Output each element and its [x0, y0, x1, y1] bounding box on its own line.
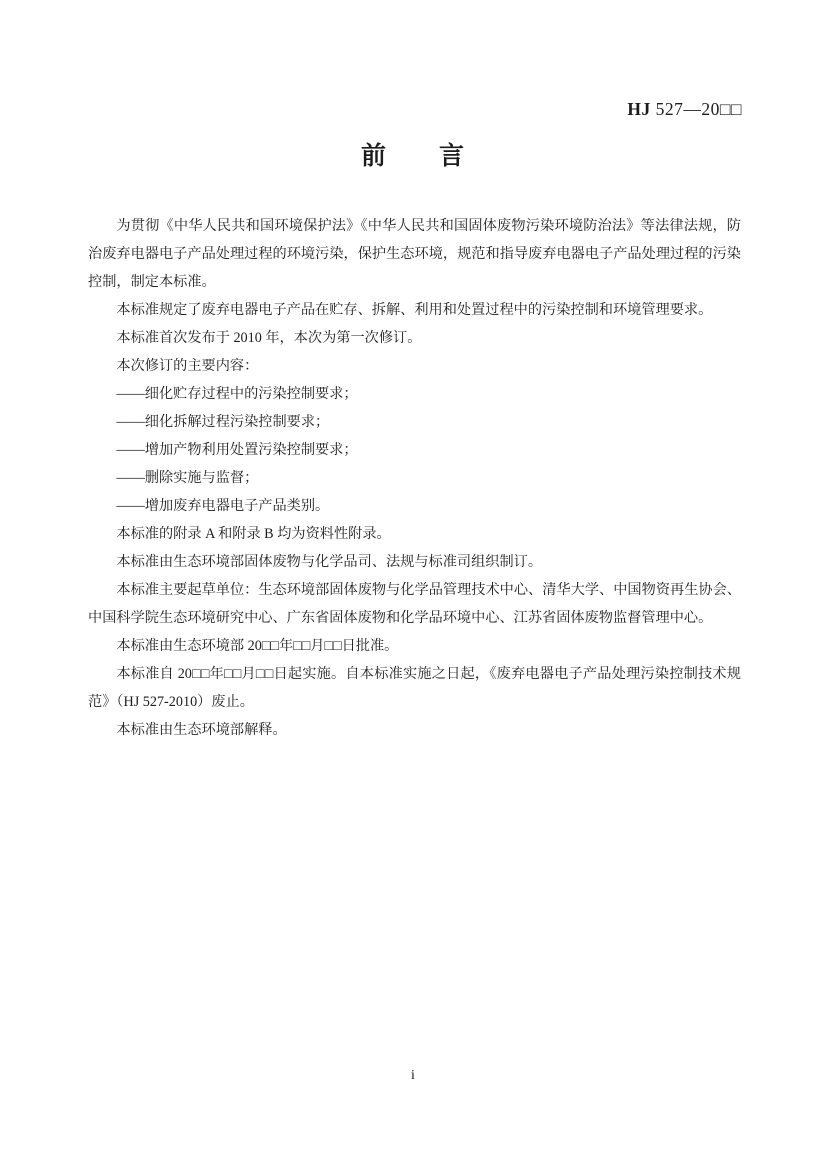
foreword-paragraph: 本标准由生态环境部固体废物与化学品司、法规与标准司组织制订。	[88, 548, 741, 576]
foreword-list-item: ——增加废弃电器电子产品类别。	[88, 492, 741, 520]
foreword-list-item: ——增加产物利用处置污染控制要求；	[88, 436, 741, 464]
foreword-paragraph: 为贯彻《中华人民共和国环境保护法》《中华人民共和国固体废物污染环境防治法》等法律…	[88, 212, 741, 296]
foreword-list-item: ——删除实施与监督；	[88, 464, 741, 492]
foreword-paragraph: 本标准由生态环境部解释。	[88, 716, 741, 744]
foreword-paragraph: 本标准自 20□□年□□月□□日起实施。自本标准实施之日起，《废弃电器电子产品处…	[88, 660, 741, 716]
foreword-paragraph: 本标准的附录 A 和附录 B 均为资料性附录。	[88, 520, 741, 548]
foreword-paragraph: 本标准规定了废弃电器电子产品在贮存、拆解、利用和处置过程中的污染控制和环境管理要…	[88, 296, 741, 324]
page-title: 前 言	[0, 136, 826, 172]
doc-number: HJ 527—20□□	[627, 99, 742, 120]
doc-number-prefix: HJ	[627, 99, 650, 119]
foreword-list-item: ——细化贮存过程中的污染控制要求；	[88, 380, 741, 408]
foreword-content: 为贯彻《中华人民共和国环境保护法》《中华人民共和国固体废物污染环境防治法》等法律…	[88, 212, 741, 744]
foreword-list-item: ——细化拆解过程污染控制要求；	[88, 408, 741, 436]
foreword-paragraph: 本次修订的主要内容：	[88, 352, 741, 380]
page-number: i	[0, 1068, 826, 1084]
doc-number-rest: 527—20□□	[651, 99, 742, 119]
foreword-paragraph: 本标准主要起草单位：生态环境部固体废物与化学品管理技术中心、清华大学、中国物资再…	[88, 576, 741, 632]
foreword-paragraph: 本标准首次发布于 2010 年，本次为第一次修订。	[88, 324, 741, 352]
foreword-paragraph: 本标准由生态环境部 20□□年□□月□□日批准。	[88, 632, 741, 660]
document-page: HJ 527—20□□ 前 言 为贯彻《中华人民共和国环境保护法》《中华人民共和…	[0, 0, 826, 1169]
